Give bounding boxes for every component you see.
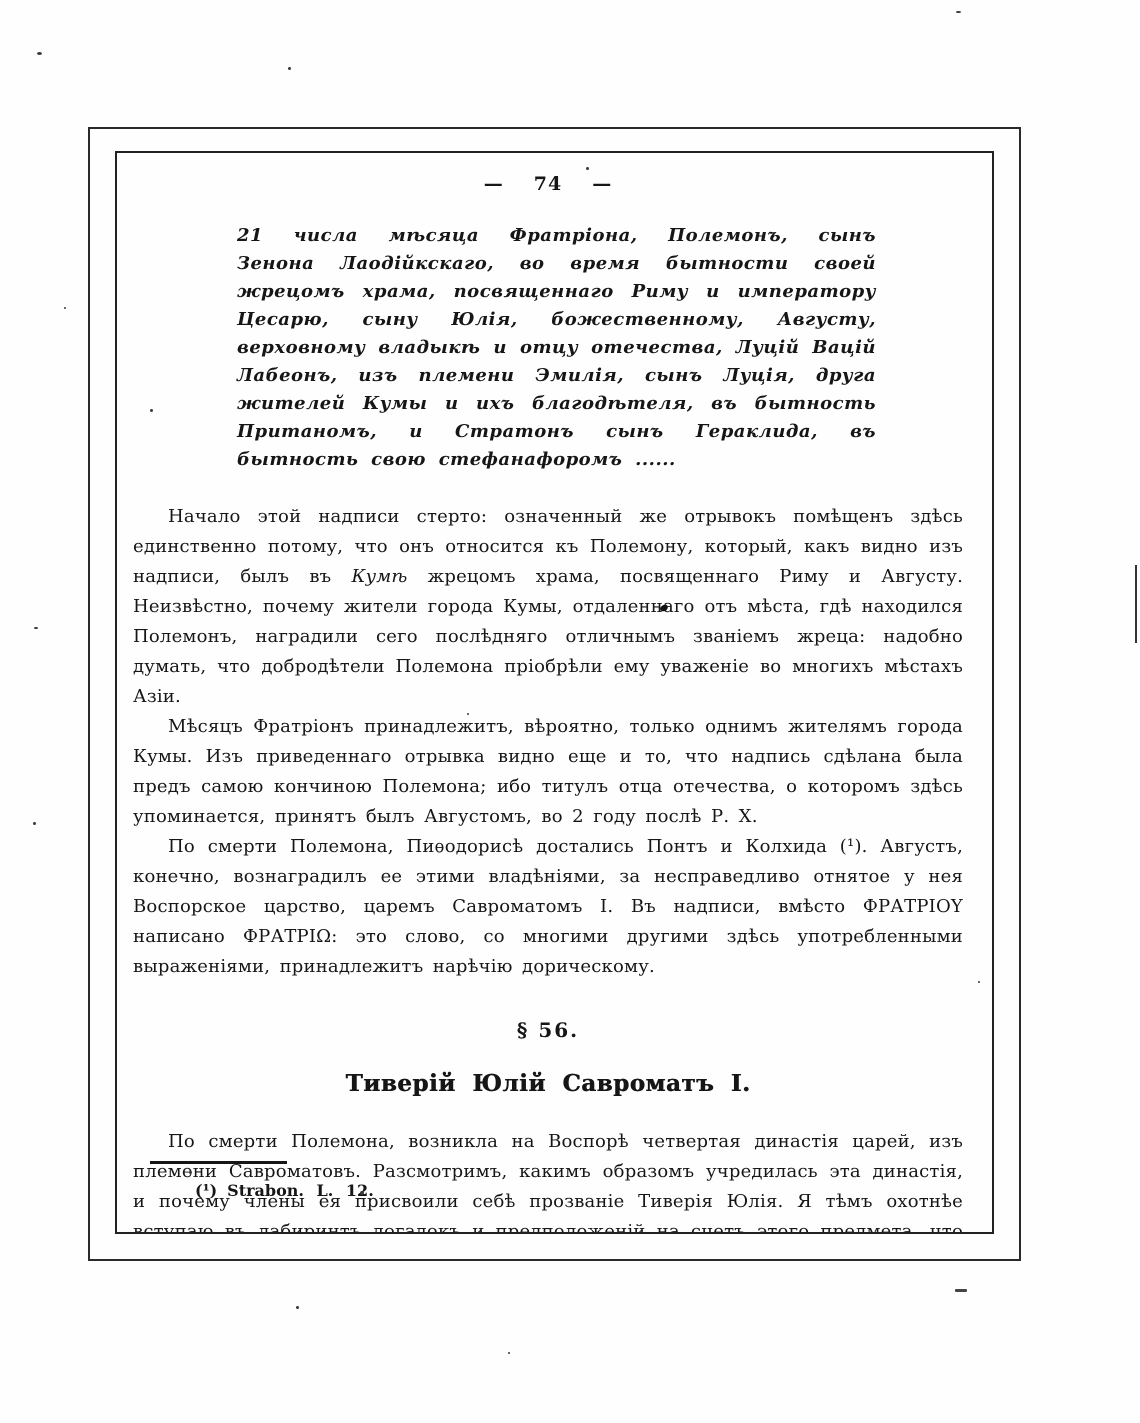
scan-speck [37, 52, 42, 55]
scan-speck [288, 67, 291, 70]
inscription-quote: 21 числа мѣсяца Фратріона, Полемонъ, сын… [237, 222, 876, 474]
page-number-dash-right: — [592, 173, 612, 195]
footnote-block: (¹)Strabon. L. 12. [150, 1161, 374, 1200]
scan-dash-mark [955, 1289, 967, 1292]
scan-speck [189, 1171, 192, 1174]
scan-speck [467, 713, 469, 715]
scan-speck [360, 1191, 364, 1195]
footnote-marker: (¹) [195, 1181, 217, 1200]
section-title: Тиверій Юлій Савроматъ I. [133, 1070, 963, 1097]
page-number-dash-left: — [484, 173, 504, 195]
scan-speck [978, 981, 980, 983]
scanned-book-page: — 74 — 21 числа мѣсяца Фратріона, Полемо… [0, 0, 1140, 1423]
scan-speck [508, 1352, 510, 1354]
page-number-value: 74 [534, 173, 562, 195]
page-edge-mark [1135, 565, 1137, 643]
paragraph-2: Мѣсяцъ Фратріонъ принадлежитъ, вѣроятно,… [133, 712, 963, 832]
inner-border-frame: — 74 — 21 числа мѣсяца Фратріона, Полемо… [115, 151, 994, 1234]
page-number: — 74 — [133, 173, 963, 195]
section-heading: § 56. [133, 1018, 963, 1042]
scan-speck [33, 822, 36, 825]
paragraph-1: Начало этой надписи стерто: означенный ж… [133, 502, 963, 712]
scan-speck [34, 627, 38, 629]
footnote-rule [150, 1161, 287, 1164]
scan-speck [150, 409, 153, 412]
outer-border-frame: — 74 — 21 числа мѣсяца Фратріона, Полемо… [88, 127, 1021, 1261]
scan-speck [64, 307, 66, 309]
scan-speck [956, 11, 961, 13]
footnote-text: Strabon. L. 12. [227, 1181, 374, 1200]
scan-speck [586, 167, 589, 170]
footnote-text-row: (¹)Strabon. L. 12. [195, 1181, 374, 1200]
paragraph-1-text-end: жрецомъ храма, посвященнаго Риму и Авгус… [133, 566, 963, 707]
paragraph-3: По смерти Полемона, Пиѳодорисѣ достались… [133, 832, 963, 982]
italic-place-name: Кумѣ [351, 566, 407, 587]
scan-speck [296, 1306, 299, 1309]
